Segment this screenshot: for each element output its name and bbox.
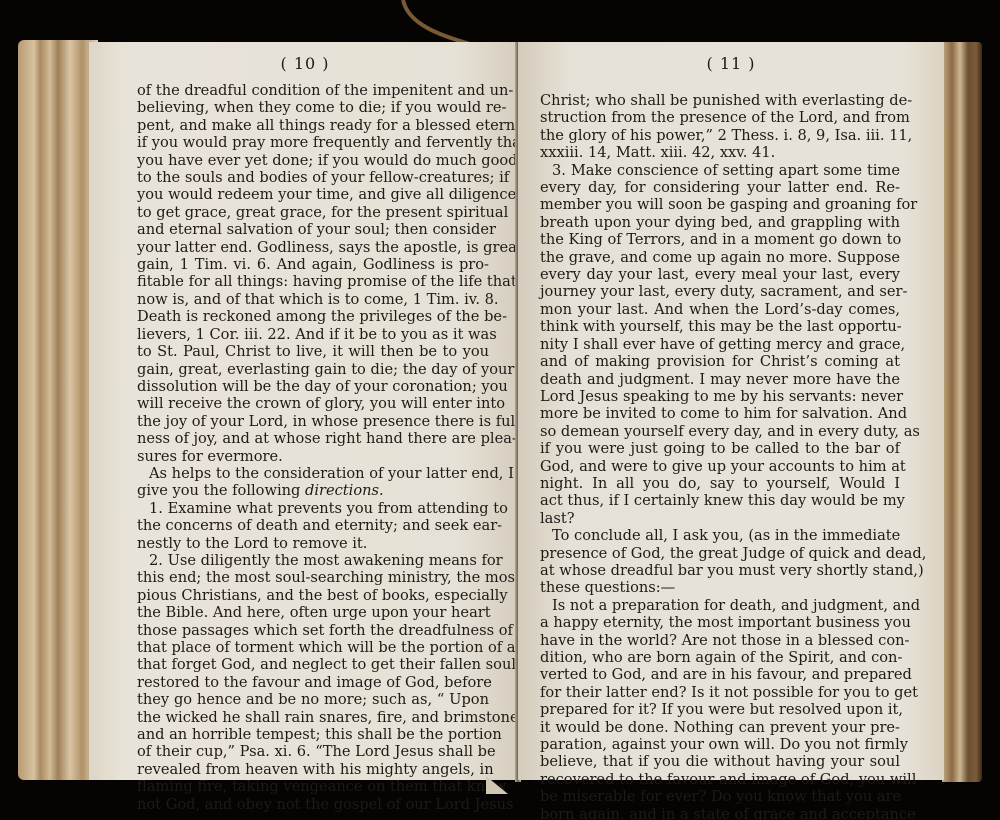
text-line: recovered to the favour and image of God… [540,771,900,788]
text-line: give you the following directions. [137,482,489,499]
text-line: be miserable for ever? Do you know that … [540,788,900,805]
page-number-right: ( 11 ) [518,54,944,73]
text-line: gain, 1 Tim. vi. 6. And again, Godliness… [137,256,489,273]
text-line: dissolution will be the day of your coro… [137,378,489,395]
text-line: to the souls and bodies of your fellow-c… [137,169,489,186]
text-line: God, and were to give up your accounts t… [540,458,900,475]
text-line: the Bible. And here, often urge upon you… [137,604,489,621]
text-line: for their latter end? Is it not possible… [540,684,900,701]
left-page-text: of the dreadful condition of the impenit… [137,82,489,813]
paragraph-start: Is not a preparation for death, and judg… [540,597,900,614]
text-line: death and judgment. I may never more hav… [540,371,900,388]
text-line: presence of God, the great Judge of quic… [540,545,900,562]
text-line: to get grace, great grace, for the prese… [137,204,489,221]
text-line: revealed from heaven with his mighty ang… [137,761,489,778]
paragraph-start: As helps to the consideration of your la… [137,465,489,482]
text-line: of their cup,” Psa. xi. 6. “The Lord Jes… [137,743,489,760]
text-line: flaming fire, taking vengeance on them t… [137,778,489,795]
text-line: nity I shall ever have of getting mercy … [540,336,900,353]
text-line: and eternal salvation of your soul; then… [137,221,489,238]
text-line: the glory of his power,” 2 Thess. i. 8, … [540,127,900,144]
text-line: if you would pray more frequently and fe… [137,134,489,151]
page-number-left: ( 10 ) [89,54,521,73]
text-line: these questions:— [540,579,900,596]
text-line: struction from the presence of the Lord,… [540,109,900,126]
text-line: pious Christians, and the best of books,… [137,587,489,604]
text-line: prepared for it? If you were but resolve… [540,701,900,718]
text-line: dition, who are born again of the Spirit… [540,649,900,666]
text-line: Lord Jesus speaking to me by his servant… [540,388,900,405]
paragraph-start: To conclude all, I ask you, (as in the i… [540,527,900,544]
text-line: xxxiii. 14, Matt. xiii. 42, xxv. 41. [540,144,900,161]
text-line: you would redeem your time, and give all… [137,186,489,203]
open-book: ( 10 ) of the dreadful condition of the … [0,0,1000,820]
text-line: think with yourself, this may be the las… [540,318,900,335]
text-line: to St. Paul, Christ to live, it will the… [137,343,489,360]
right-page-edges [942,42,982,782]
text-line: the concerns of death and eternity; and … [137,517,489,534]
text-line: sures for evermore. [137,448,489,465]
text-line: the wicked he shall rain snares, fire, a… [137,709,489,726]
paragraph-start: 1. Examine what prevents you from attend… [137,500,489,517]
text-line: last? [540,510,900,527]
text-line: journey your last, every duty, sacrament… [540,283,900,300]
text-line: will receive the crown of glory, you wil… [137,395,489,412]
text-line: gain, great, everlasting gain to die; th… [137,361,489,378]
text-line: every day, for considering your latter e… [540,179,900,196]
text-line: those passages which set forth the dread… [137,622,489,639]
text-line: they go hence and be no more; such as, “… [137,691,489,708]
text-line: if you were just going to be called to t… [540,440,900,457]
text-line: and of making provision for Christ’s com… [540,353,900,370]
text-line: the King of Terrors, and in a moment go … [540,231,900,248]
text-line: fitable for all things: having promise o… [137,273,489,290]
text-line: ness of joy, and at whose right hand the… [137,430,489,447]
text-line: night. In all you do, say to yourself, W… [540,475,900,492]
text-line: born again, and in a state of grace and … [540,806,900,820]
text-fragment: give you the following [137,482,300,499]
text-line: pent, and make all things ready for a bl… [137,117,489,134]
text-line: that place of torment which will be the … [137,639,489,656]
text-line: and an horrible tempest; this shall be t… [137,726,489,743]
text-line: Christ; who shall be punished with everl… [540,92,900,109]
text-line: breath upon your dying bed, and grapplin… [540,214,900,231]
text-line: of the dreadful condition of the impenit… [137,82,489,99]
text-line: believe, that if you die without having … [540,753,900,770]
italic-word: directions. [305,482,384,499]
text-line: more be invited to come to him for salva… [540,405,900,422]
text-line: that forget God, and neglect to get thei… [137,656,489,673]
text-line: Death is reckoned among the privileges o… [137,308,489,325]
text-line: have in the world? Are not those in a bl… [540,632,900,649]
folded-page-corner [486,776,518,794]
text-line: the joy of your Lord, in whose presence … [137,413,489,430]
text-line: member you will soon be gasping and groa… [540,196,900,213]
text-line: a happy eternity, the most important bus… [540,614,900,631]
text-line: verted to God, and are in his favour, an… [540,666,900,683]
text-line: this end; the most soul-searching minist… [137,569,489,586]
text-line: every day your last, every meal your las… [540,266,900,283]
paragraph-start: 2. Use diligently the most awakening mea… [137,552,489,569]
text-line: restored to the favour and image of God,… [137,674,489,691]
text-line: so demean yourself every day, and in eve… [540,423,900,440]
text-line: nestly to the Lord to remove it. [137,535,489,552]
text-line: mon your last. And when the Lord’s-day c… [540,301,900,318]
text-line: lievers, 1 Cor. iii. 22. And if it be to… [137,326,489,343]
text-line: you have ever yet done; if you would do … [137,152,489,169]
text-line: it would be done. Nothing can prevent yo… [540,719,900,736]
right-page-text: Christ; who shall be punished with everl… [540,92,900,820]
text-line: the grave, and come up again no more. Su… [540,249,900,266]
text-line: now is, and of that which is to come, 1 … [137,291,489,308]
text-line: your latter end. Godliness, says the apo… [137,239,489,256]
text-line: at whose dreadful bar you must very shor… [540,562,900,579]
text-line: believing, when they come to die; if you… [137,99,489,116]
right-page: ( 11 ) Christ; who shall be punished wit… [518,42,944,780]
paragraph-start: 3. Make conscience of setting apart some… [540,162,900,179]
left-page: ( 10 ) of the dreadful condition of the … [86,42,521,780]
text-line: act thus, if I certainly knew this day w… [540,492,900,509]
text-line: not God, and obey not the gospel of our … [137,796,489,813]
text-line: paration, against your own will. Do you … [540,736,900,753]
